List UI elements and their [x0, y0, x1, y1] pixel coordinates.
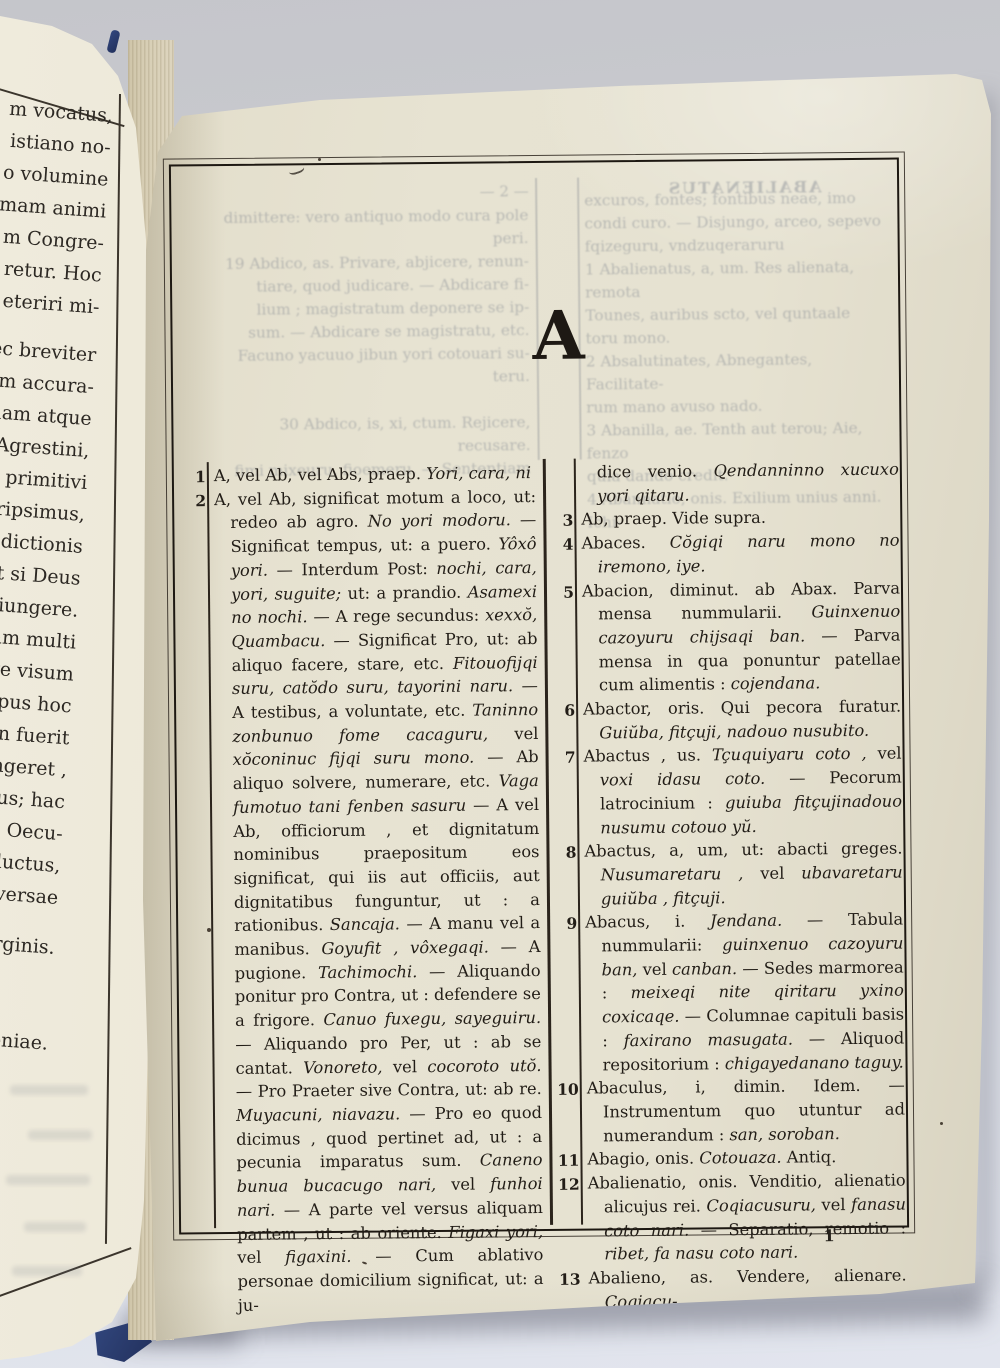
- latin-text: vel: [237, 1248, 285, 1267]
- japanese-gloss-text: Guiŭba, fitçuji, nadouo nusubito.: [599, 721, 869, 743]
- latin-text: vel: [743, 863, 801, 883]
- ghost-text-line: peri.: [223, 227, 529, 253]
- latin-text: — Pro Praeter sive Contra, ut: ab re.: [236, 1079, 542, 1101]
- latin-text: A, vel Ab, vel Abs, praep.: [214, 464, 426, 485]
- entry-number: 2: [183, 489, 206, 513]
- book-photograph: m vocatus,istiano no-o voluminemam animi…: [0, 0, 1000, 1368]
- latin-text: Antiq.: [781, 1148, 836, 1168]
- dictionary-entry: 11Abagio, onis. Cotouaza. Antiq.: [587, 1145, 905, 1172]
- latin-text: Abactor, oris. Qui pecora furatur.: [583, 697, 901, 719]
- ghost-text-line: sum. — Abdicare se magistratu, etc.: [223, 319, 529, 345]
- ghost-smudge: [6, 1175, 90, 1185]
- ghost-text-line: excuros, fontes; fontibus neae, imo: [584, 187, 886, 213]
- left-column: 1A, vel Ab, vel Abs, praep. Yori, cara, …: [214, 461, 544, 1317]
- right-column: dice venio. Qendanninno xucuxo yori qita…: [581, 458, 907, 1314]
- dictionary-entry: 4Abaces. Cŏgiqi naru mono no iremono, iy…: [581, 529, 899, 579]
- japanese-gloss-text: cojendana.: [731, 674, 821, 694]
- entry-number: 1: [183, 465, 206, 489]
- ghost-text-line: dimittere: vero antiquo modo cura pole: [222, 204, 528, 230]
- ghost-text-line: lium ; magistratum deponere se ip-: [223, 296, 529, 322]
- latin-text: vel: [867, 744, 902, 763]
- ghost-smudge: [24, 1222, 86, 1232]
- japanese-gloss-text: Canuo fuxegu, sayeguiru.: [323, 1008, 541, 1029]
- dictionary-entry: 5Abacion, diminut. ab Abax. Parva mensa …: [582, 576, 901, 698]
- ghost-text-line: Tounes, auribus scto, vel quntaale: [585, 302, 887, 328]
- printed-frame: — 2 — ABALIENATUS dimittere: vero antiqu…: [163, 151, 915, 1240]
- entry-number: 11: [556, 1149, 579, 1173]
- japanese-gloss-text: san, soroban.: [729, 1124, 840, 1144]
- japanese-gloss-text: ribet, fa nasu coto nari.: [604, 1243, 798, 1264]
- facing-page-line: irginis.: [0, 920, 56, 964]
- latin-text: vel: [488, 724, 538, 743]
- facing-page-line: oniae.: [0, 1015, 49, 1059]
- latin-text: dice venio.: [597, 461, 714, 481]
- ghost-smudge: [28, 1130, 92, 1140]
- latin-text: Abactus, a, um, ut: abacti greges.: [584, 839, 902, 861]
- dictionary-entry: 9Abacus, i. Jendana. — Tabula nummularii…: [585, 908, 905, 1077]
- ghost-text-line: 2 Absalutinates, Abnegantes, Facilitate-: [586, 348, 888, 397]
- latin-text: vel: [816, 1195, 851, 1214]
- japanese-gloss-text: Muyacuni, niavazu.: [236, 1104, 400, 1125]
- japanese-gloss-text: Goyufit , vôxegaqi.: [321, 938, 489, 959]
- japanese-gloss-text: Tachimochi.: [318, 962, 418, 982]
- latin-text: vel: [382, 1057, 427, 1076]
- entry-number: 13: [557, 1268, 580, 1292]
- ghost-bleedthrough-text: dimittere: vero antiquo modo cura polepe…: [222, 204, 531, 483]
- japanese-gloss-text: figaxini.: [285, 1247, 351, 1267]
- paper-speck: [207, 928, 211, 932]
- latin-text: — Separatio, remotio :: [689, 1218, 906, 1239]
- japanese-gloss-text: Nusumaretaru ,: [601, 864, 744, 884]
- dictionary-entry: 10Abaculus, i, dimin. Idem. — Instrument…: [587, 1074, 906, 1148]
- japanese-gloss-text: Cotouaza.: [699, 1148, 781, 1168]
- latin-text: Abagio, onis.: [587, 1149, 699, 1169]
- japanese-gloss-text: Sancaja.: [330, 915, 400, 935]
- ghost-text-line: tiare, quod judicare. — Abdicare fi-: [223, 273, 529, 299]
- japanese-gloss-text: No yori modoru.: [368, 511, 511, 531]
- ghost-text-line: 1 Abalienatus, a, um. Res alienata, remo…: [585, 256, 887, 305]
- latin-text: vel: [637, 960, 672, 979]
- latin-text: — Interdum Post:: [268, 559, 437, 580]
- ghost-smudge: [12, 1266, 82, 1276]
- entry-number: 4: [550, 533, 573, 557]
- ghost-smudge: [10, 1085, 88, 1095]
- facing-page-text: m vocatus,istiano no-o voluminemam animi…: [0, 88, 114, 1060]
- section-letter-heading: A: [532, 302, 585, 369]
- latin-text: vel: [436, 1175, 490, 1195]
- japanese-gloss-text: canban.: [672, 959, 737, 979]
- entry-number: 5: [551, 580, 574, 604]
- latin-text: Abactus , us.: [583, 746, 711, 766]
- ghost-text-line: 19 Abdico, as. Privare, abjicere, renun-: [223, 250, 529, 276]
- entry-number: 10: [556, 1078, 579, 1102]
- latin-text: — A rege secundus:: [308, 606, 486, 627]
- page-number: 1: [814, 1226, 844, 1245]
- dictionary-entry: 7Abactus , us. Tçuquiyaru coto , vel vox…: [583, 742, 902, 840]
- latin-text: Abacus, i.: [585, 912, 710, 932]
- latin-text: Abaces.: [581, 533, 669, 553]
- ghost-text-line: [224, 388, 530, 414]
- entry-number: 7: [552, 746, 575, 770]
- facing-page-frame-line: [105, 94, 121, 1244]
- paper-speck: [318, 158, 321, 161]
- japanese-gloss-text: Jendana.: [710, 911, 782, 931]
- ghost-text-line: toru mono.: [585, 325, 887, 351]
- dictionary-entry: 3Ab, praep. Vide supra.: [581, 505, 899, 532]
- ghost-page-number: — 2 —: [414, 181, 594, 201]
- ghost-text-line: rum mano avuso nado.: [586, 394, 888, 420]
- japanese-gloss-text: cocoroto utŏ.: [427, 1056, 541, 1076]
- latin-text: Ab, praep. Vide supra.: [581, 508, 766, 529]
- dictionary-entry: 8Abactus, a, um, ut: abacti greges. Nusu…: [584, 837, 903, 911]
- entry-number: 9: [554, 912, 577, 936]
- japanese-gloss-text: xŏconinuc fijqi suru mono.: [233, 748, 475, 769]
- japanese-gloss-text: chigayedanano taguy.: [725, 1052, 904, 1073]
- ghost-text-line: teru.: [224, 365, 530, 391]
- japanese-gloss-text: Coqiacusuru,: [706, 1195, 816, 1215]
- entry-number: 3: [550, 509, 573, 533]
- paper-speck: [940, 1122, 943, 1125]
- entry-number: 8: [553, 841, 576, 865]
- dictionary-entry: 2A, vel Ab, significat motum a loco, ut:…: [214, 485, 544, 1318]
- entry-number: 12: [557, 1173, 580, 1197]
- dictionary-entry: dice venio. Qendanninno xucuxo yori qita…: [581, 458, 899, 508]
- ghost-text-line: fqizeguru, vndzuqeraruru: [585, 233, 887, 259]
- ghost-text-line: condi curo. — Disjungo, arceo, sepevo: [584, 210, 886, 236]
- ghost-text-line: 30 Abdico, is, xi, ctum. Rejicere, recus…: [224, 411, 530, 460]
- facing-page-line: ec breviter: [0, 327, 97, 371]
- ghost-text-line: Facuno yacuuo jibun yori cotouari su-: [224, 342, 530, 368]
- latin-text: Abalieno, as. Vendere, alienare.: [588, 1265, 906, 1287]
- dictionary-entry: 6Abactor, oris. Qui pecora furatur. Guiŭ…: [583, 695, 901, 745]
- dictionary-entry: 12Abalienatio, onis. Venditio, alienatio…: [588, 1169, 907, 1267]
- japanese-gloss-text: voxi idasu coto.: [600, 769, 766, 790]
- entry-number: 6: [552, 699, 575, 723]
- latin-text: ut: a prandio.: [341, 582, 468, 602]
- japanese-gloss-text: faxirano masugata.: [624, 1029, 793, 1050]
- dictionary-entry: 1A, vel Ab, vel Abs, praep. Yori, cara, …: [214, 461, 536, 488]
- japanese-gloss-text: Yori, cara, ni: [426, 463, 531, 483]
- japanese-gloss-text: Figaxi yori,: [448, 1221, 543, 1241]
- japanese-gloss-text: Tçuquiyaru coto ,: [712, 744, 867, 764]
- japanese-gloss-text: Vonoreto,: [303, 1057, 382, 1077]
